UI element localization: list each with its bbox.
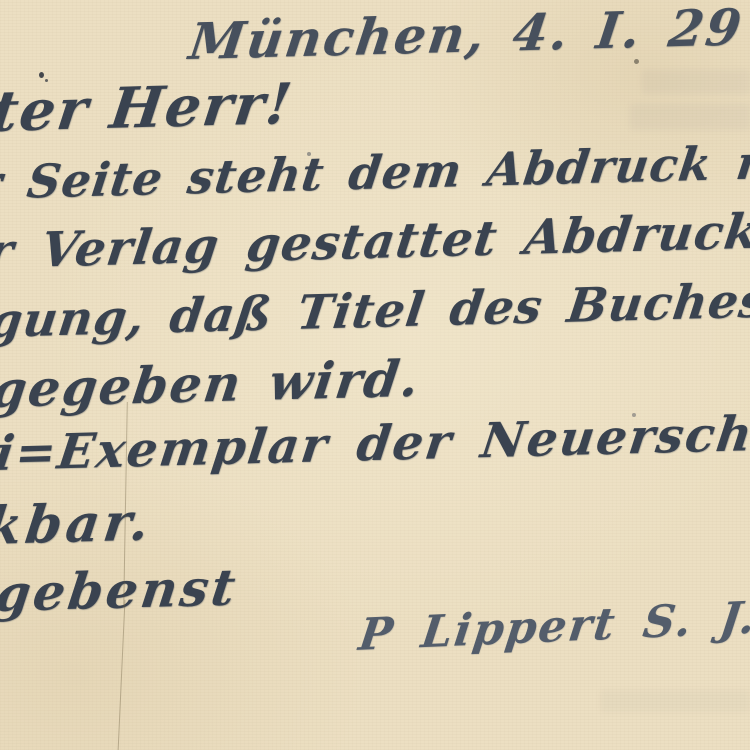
bleed-through-smudge: [600, 690, 750, 712]
paper-crease: [118, 600, 126, 750]
body-line: r Verlag gestattet Abdruck unter: [0, 201, 750, 279]
ink-speck: [45, 79, 48, 82]
body-line: gegeben wird.: [0, 351, 424, 417]
closing-line: gebenst: [0, 559, 241, 621]
dateline: München, 4. I. 29: [186, 0, 746, 69]
ink-speck: [634, 59, 639, 64]
ink-speck: [39, 72, 44, 78]
body-line: r Seite steht dem Abdruck nichts: [0, 134, 750, 209]
signature: P Lippert S. J.: [356, 594, 750, 660]
handwritten-letter-scan: München, 4. I. 29 ter Herr! r Seite steh…: [0, 0, 750, 750]
bleed-through-smudge: [630, 104, 750, 130]
bleed-through-smudge: [642, 70, 750, 94]
ink-speck: [632, 413, 636, 417]
body-line: gung, daß Titel des Buches und: [0, 272, 750, 348]
body-line: kbar.: [0, 493, 156, 555]
ink-speck: [307, 152, 311, 156]
salutation-line: ter Herr!: [0, 74, 297, 144]
